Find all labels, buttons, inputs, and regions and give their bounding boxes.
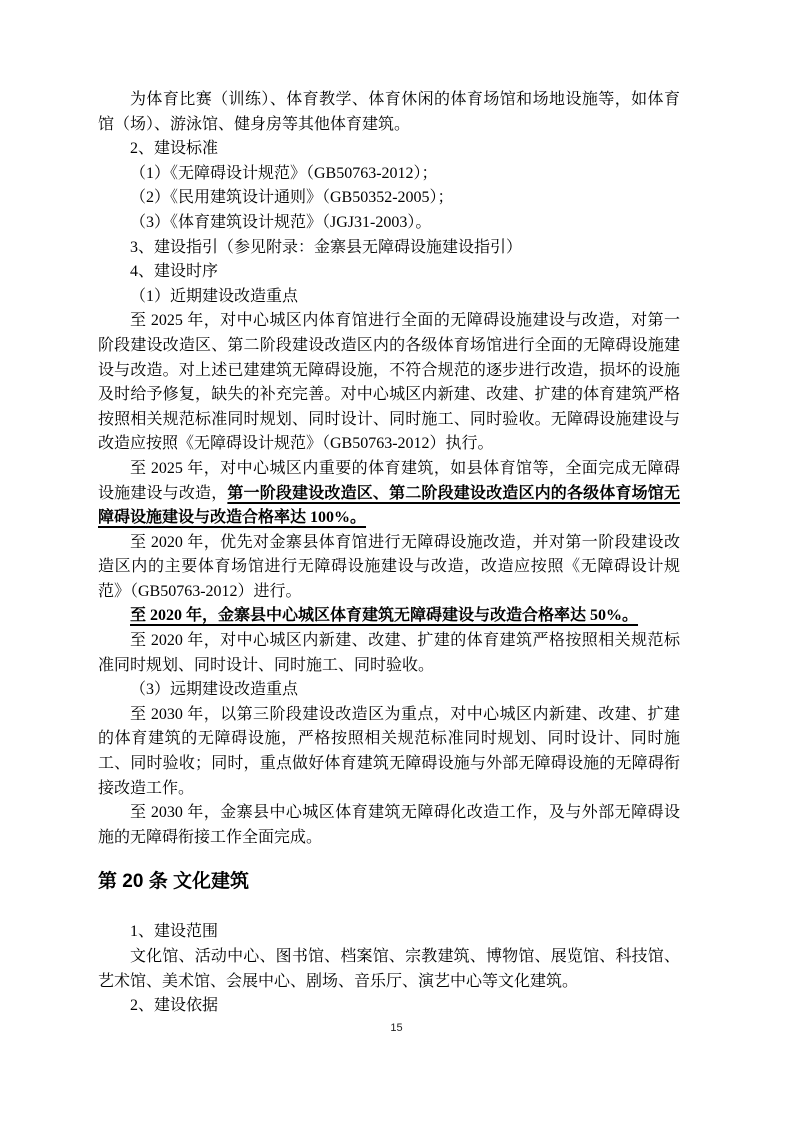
standards-title: 2、建设标准 bbox=[98, 137, 680, 162]
culture-scope-paragraph: 文化馆、活动中心、图书馆、档案馆、宗教建筑、博物馆、展览馆、科技馆、艺术馆、美术… bbox=[98, 945, 680, 994]
long-term-paragraph-2030-complete: 至 2030 年，金寨县中心城区体育建筑无障碍化改造工作，及与外部无障碍设施的无… bbox=[98, 801, 680, 850]
near-term-title: （1）近期建设改造重点 bbox=[98, 285, 680, 310]
near-term-paragraph-2025: 至 2025 年，对中心城区内体育馆进行全面的无障碍设施建设与改造，对第一阶段建… bbox=[98, 309, 680, 457]
near-term-paragraph-2020-new: 至 2020 年，对中心城区内新建、改建、扩建的体育建筑严格按照相关规范标准同时… bbox=[98, 629, 680, 678]
sports-scope-paragraph: 为体育比赛（训练）、体育教学、体育休闲的体育场馆和场地设施等，如体育馆（场）、游… bbox=[98, 88, 680, 137]
sequence-title: 4、建设时序 bbox=[98, 260, 680, 285]
target-50-paragraph: 至 2020 年，金寨县中心城区体育建筑无障碍建设与改造合格率达 50%。 bbox=[98, 604, 680, 629]
culture-basis-title: 2、建设依据 bbox=[98, 994, 680, 1019]
standard-item: （1）《无障碍设计规范》（GB50763-2012）； bbox=[98, 162, 680, 187]
culture-scope-title: 1、建设范围 bbox=[98, 920, 680, 945]
document-page: 为体育比赛（训练）、体育教学、体育休闲的体育场馆和场地设施等，如体育馆（场）、游… bbox=[0, 0, 793, 1122]
guide-line: 3、建设指引（参见附录：金寨县无障碍设施建设指引） bbox=[98, 236, 680, 261]
long-term-paragraph-2030: 至 2030 年，以第三阶段建设改造区为重点，对中心城区内新建、改建、扩建的体育… bbox=[98, 703, 680, 801]
standard-item: （2）《民用建筑设计通则》（GB50352-2005）； bbox=[98, 186, 680, 211]
article-20-heading: 第 20 条 文化建筑 bbox=[98, 868, 680, 896]
near-term-paragraph-2025-target: 至 2025 年，对中心城区内重要的体育建筑，如县体育馆等，全面完成无障碍设施建… bbox=[98, 457, 680, 531]
page-body: 为体育比赛（训练）、体育教学、体育休闲的体育场馆和场地设施等，如体育馆（场）、游… bbox=[98, 88, 680, 1019]
standard-item: （3）《体育建筑设计规范》（JGJ31-2003）。 bbox=[98, 211, 680, 236]
target-50-emphasis: 至 2020 年，金寨县中心城区体育建筑无障碍建设与改造合格率达 50%。 bbox=[130, 607, 638, 624]
page-number: 15 bbox=[0, 1022, 793, 1034]
near-term-paragraph-2020: 至 2020 年，优先对金寨县体育馆进行无障碍设施改造，并对第一阶段建设改造区内… bbox=[98, 531, 680, 605]
long-term-title: （3）远期建设改造重点 bbox=[98, 678, 680, 703]
